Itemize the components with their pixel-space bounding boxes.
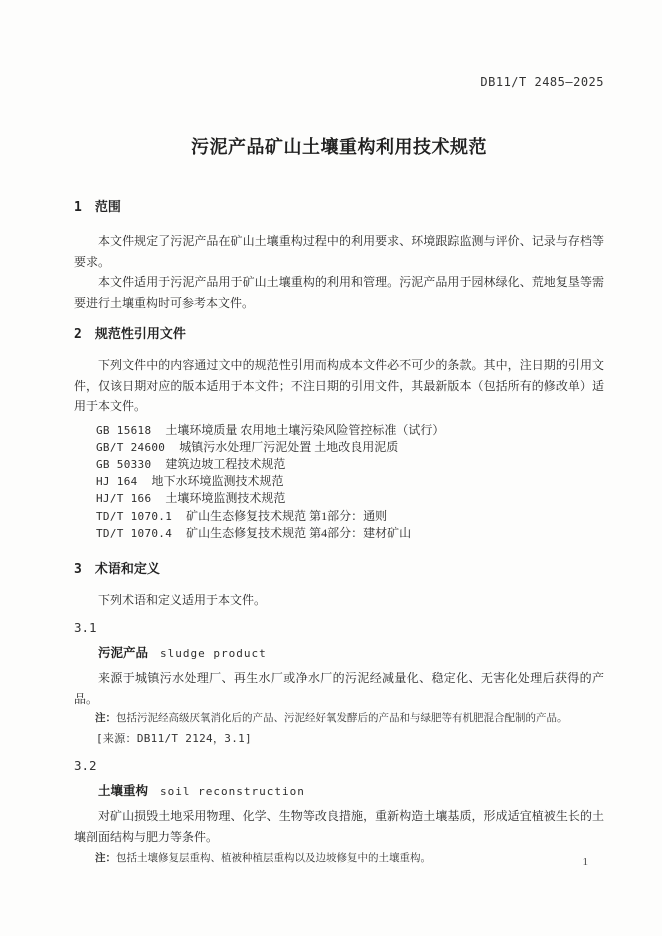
clause-1-body: 本文件规定了污泥产品在矿山土壤重构过程中的利用要求、环境跟踪监测与评价、记录与存… [74, 231, 604, 313]
reference-code: TD/T 1070.1 [96, 510, 172, 523]
term-3-1-english: sludge product [160, 647, 267, 660]
note-label: 注： [95, 852, 116, 864]
clause-1-label: 范围 [95, 199, 121, 214]
reference-code: GB 15618 [96, 424, 151, 437]
reference-code: HJ/T 166 [96, 492, 151, 505]
clause-1-number: 1 [74, 200, 82, 215]
term-3-1-source: [来源：DB11/T 2124，3.1] [74, 729, 604, 749]
document-title: 污泥产品矿山土壤重构利用技术规范 [74, 134, 604, 160]
clause-2-number: 2 [74, 327, 82, 342]
page-number: 1 [583, 852, 589, 873]
clause-2-body: 下列文件中的内容通过文中的规范性引用而构成本文件必不可少的条款。其中，注日期的引… [74, 355, 604, 417]
term-3-2-chinese: 土壤重构 [98, 784, 148, 798]
clause-3-heading: 3术语和定义 [74, 558, 604, 580]
term-3-1-number: 3.1 [74, 619, 604, 636]
term-3-2-definition: 对矿山损毁土地采用物理、化学、生物等改良措施，重新构造土壤基质，形成适宜植被生长… [74, 806, 604, 847]
reference-title: 土壤环境质量 农用地土壤污染风险管控标准（试行） [165, 423, 444, 437]
term-3-2-number: 3.2 [74, 757, 604, 774]
clause-3-number: 3 [74, 562, 82, 577]
reference-title: 地下水环境监测技术规范 [152, 474, 284, 488]
note-text: 包括土壤修复层重构、植被种植层重构以及边坡修复中的土壤重构。 [116, 853, 431, 864]
reference-code: TD/T 1070.4 [96, 527, 172, 540]
reference-item: GB 15618土壤环境质量 农用地土壤污染风险管控标准（试行） [74, 422, 604, 439]
reference-item: HJ 164地下水环境监测技术规范 [74, 473, 604, 490]
clause-2-heading: 2规范性引用文件 [74, 323, 604, 345]
clause-2-label: 规范性引用文件 [95, 326, 186, 341]
reference-item: TD/T 1070.1矿山生态修复技术规范 第1部分：通则 [74, 508, 604, 525]
reference-title: 矿山生态修复技术规范 第4部分：建材矿山 [186, 526, 411, 540]
clause-3-body: 下列术语和定义适用于本文件。 [74, 590, 604, 611]
term-3-2-english: soil reconstruction [160, 785, 305, 798]
references-intro-paragraph: 下列文件中的内容通过文中的规范性引用而构成本文件必不可少的条款。其中，注日期的引… [74, 355, 604, 417]
reference-item: TD/T 1070.4矿山生态修复技术规范 第4部分：建材矿山 [74, 525, 604, 542]
reference-item: GB 50330建筑边坡工程技术规范 [74, 456, 604, 473]
note-label: 注： [95, 712, 116, 724]
term-3-2-note: 注：包括土壤修复层重构、植被种植层重构以及边坡修复中的土壤重构。 [74, 849, 604, 869]
clause-1-heading: 1范围 [74, 196, 604, 218]
term-3-1-title: 污泥产品sludge product [74, 644, 604, 663]
scope-paragraph-1: 本文件规定了污泥产品在矿山土壤重构过程中的利用要求、环境跟踪监测与评价、记录与存… [74, 231, 604, 272]
reference-code: GB/T 24600 [96, 441, 165, 454]
reference-item: HJ/T 166土壤环境监测技术规范 [74, 490, 604, 507]
terms-intro-paragraph: 下列术语和定义适用于本文件。 [74, 590, 604, 611]
document-code: DB11/T 2485—2025 [74, 74, 604, 90]
term-3-1-definition: 来源于城镇污水处理厂、再生水厂或净水厂的污泥经减量化、稳定化、无害化处理后获得的… [74, 668, 604, 709]
reference-code: HJ 164 [96, 475, 138, 488]
reference-code: GB 50330 [96, 458, 151, 471]
standard-document-page: DB11/T 2485—2025 污泥产品矿山土壤重构利用技术规范 1范围 本文… [0, 0, 662, 936]
normative-references-list: GB 15618土壤环境质量 农用地土壤污染风险管控标准（试行） GB/T 24… [74, 422, 604, 542]
clause-3-label: 术语和定义 [95, 561, 160, 576]
reference-title: 矿山生态修复技术规范 第1部分：通则 [186, 509, 387, 523]
reference-title: 建筑边坡工程技术规范 [165, 457, 285, 471]
reference-title: 土壤环境监测技术规范 [165, 491, 285, 505]
term-3-2-title: 土壤重构soil reconstruction [74, 782, 604, 801]
note-text: 包括污泥经高级厌氧消化后的产品、污泥经好氧发酵后的产品和与绿肥等有机肥混合配制的… [116, 713, 568, 724]
term-3-1-note: 注：包括污泥经高级厌氧消化后的产品、污泥经好氧发酵后的产品和与绿肥等有机肥混合配… [74, 709, 604, 729]
reference-item: GB/T 24600城镇污水处理厂污泥处置 土地改良用泥质 [74, 439, 604, 456]
term-3-1-chinese: 污泥产品 [98, 646, 148, 660]
scope-paragraph-2: 本文件适用于污泥产品用于矿山土壤重构的利用和管理。污泥产品用于园林绿化、荒地复垦… [74, 272, 604, 313]
reference-title: 城镇污水处理厂污泥处置 土地改良用泥质 [179, 440, 398, 454]
